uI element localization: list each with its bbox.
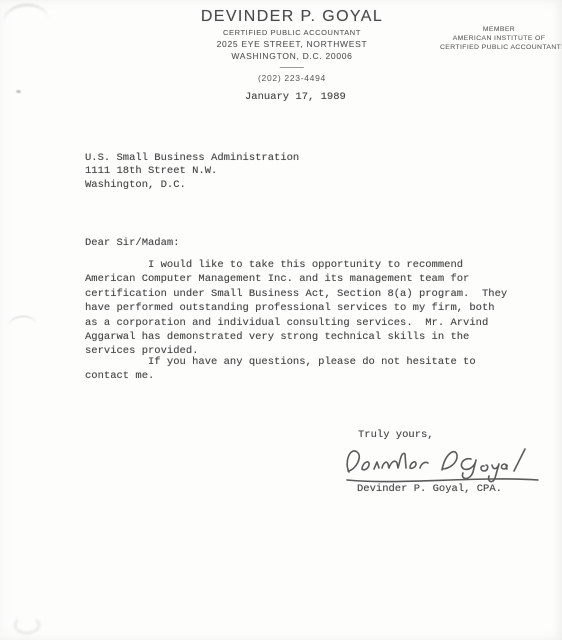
salutation: Dear Sir/Madam: — [85, 236, 180, 250]
typed-signature-name: Devinder P. Goyal, CPA. — [357, 482, 502, 496]
letterhead-title: CERTIFIED PUBLIC ACCOUNTANT — [201, 28, 383, 37]
scan-speck-left — [16, 90, 21, 93]
scan-smudge-left-middle — [8, 315, 37, 326]
letterhead-address-line2: WASHINGTON, D.C. 20006 — [201, 51, 383, 61]
letterhead: DEVINDER P. GOYAL CERTIFIED PUBLIC ACCOU… — [201, 7, 383, 83]
scan-smudge-bottom-left — [14, 616, 40, 634]
membership-block: MEMBER AMERICAN INSTITUTE OF CERTIFIED P… — [440, 25, 558, 53]
letterhead-phone: (202) 223-4494 — [201, 73, 383, 83]
letterhead-name: DEVINDER P. GOYAL — [201, 7, 383, 26]
body-paragraph-1: I would like to take this opportunity to… — [85, 258, 507, 359]
scanned-letter-page: DEVINDER P. GOYAL CERTIFIED PUBLIC ACCOU… — [0, 0, 562, 640]
body-paragraph-2: If you have any questions, please do not… — [85, 355, 476, 384]
recipient-address: U.S. Small Business Administration 1111 … — [85, 152, 299, 192]
scan-smudge-top-left — [1, 2, 49, 27]
letterhead-divider — [280, 67, 304, 68]
letterhead-address-line1: 2025 EYE STREET, NORTHWEST — [201, 39, 383, 49]
letter-date: January 17, 1989 — [245, 90, 346, 104]
